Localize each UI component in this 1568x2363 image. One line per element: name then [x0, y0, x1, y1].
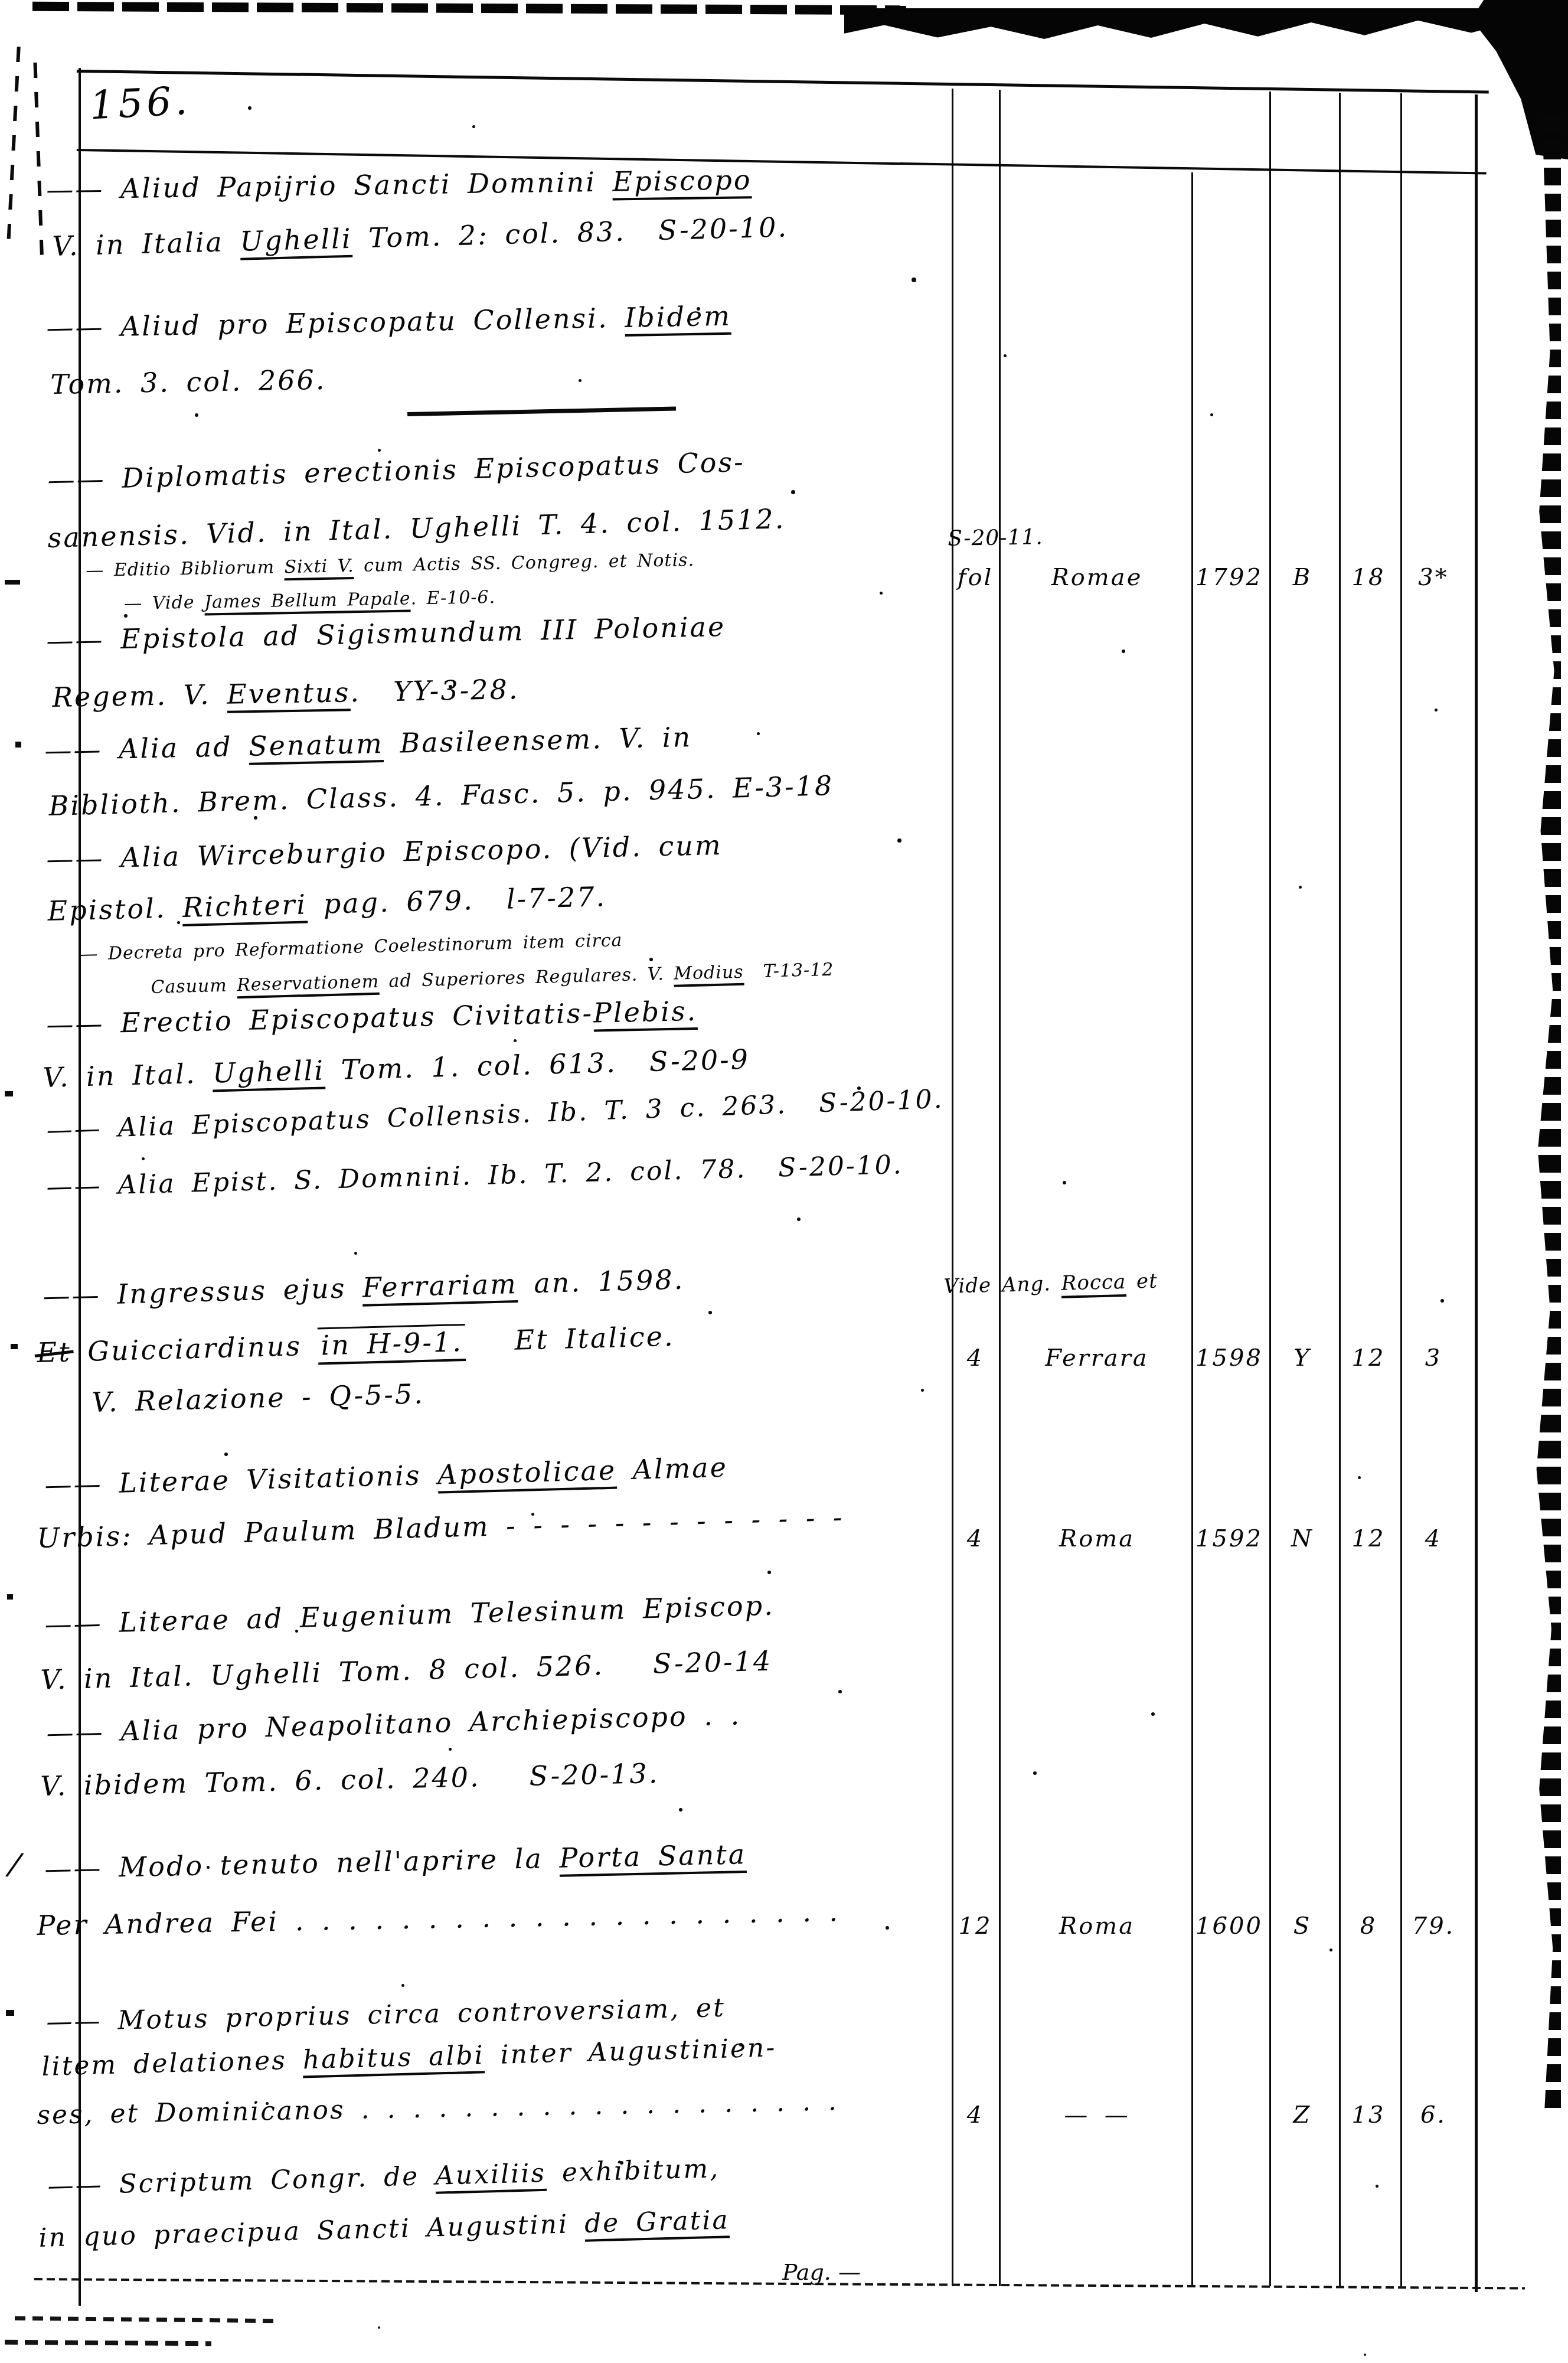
- scan-speck: [248, 106, 251, 110]
- scan-speck: [1435, 709, 1438, 711]
- scan-streak: [5, 2340, 211, 2346]
- binding-mark: [6, 2010, 14, 2016]
- table-column-rule: [1339, 93, 1341, 2286]
- entry-line: —— Alia ad Senatum Basileensem. V. in: [44, 722, 692, 766]
- entry-line: —— Alia Epist. S. Domnini. Ib. T. 2. col…: [46, 1150, 903, 1202]
- scan-streak: [15, 2316, 275, 2323]
- entry-line: —— Modo tenuto nell'aprire la Porta Sant…: [44, 1839, 747, 1884]
- table-column-rule: [1269, 92, 1271, 2286]
- scan-speck: [142, 1157, 145, 1160]
- col-format-value: 4: [967, 1345, 984, 1372]
- entry-line: — Decreta pro Reformatione Coelestinorum…: [80, 931, 623, 965]
- page-edge-shadow: [1534, 112, 1561, 2108]
- table-column-rule: [1400, 93, 1402, 2286]
- entry-line: —— Motus proprius circa controversiam, e…: [46, 1993, 726, 2036]
- scan-speck: [886, 1926, 889, 1930]
- binding-mark: [5, 1091, 13, 1096]
- entry-line: Per Andrea Fei . . . . . . . . . . . . .…: [37, 1897, 839, 1941]
- entry-line: ses, et Dominicanos . . . . . . . . . . …: [37, 2087, 838, 2130]
- col-num1-value: 18: [1352, 564, 1386, 591]
- col-year-value: 1592: [1195, 1526, 1263, 1552]
- col-num2-value: 4: [1425, 1526, 1442, 1552]
- entry-trailing-rule: [407, 406, 676, 416]
- entry-line: V. Relazione - Q-5-5.: [92, 1379, 424, 1418]
- col-place-value: Ferrara: [1045, 1345, 1148, 1372]
- scan-speck: [1122, 650, 1125, 653]
- col-format-value: fol: [958, 564, 994, 591]
- table-bottom-rule: [34, 2278, 1525, 2289]
- entry-line: Et Guicciardinus in H-9-1. Et Italice.: [37, 1321, 675, 1369]
- entry-line: Tom. 3. col. 266.: [50, 365, 326, 400]
- scan-speck: [880, 592, 883, 595]
- scan-speck: [1358, 1476, 1361, 1479]
- scan-speck: [579, 379, 582, 382]
- scan-speck: [514, 1039, 517, 1042]
- scan-speck: [124, 614, 128, 618]
- entry-line: Biblioth. Brem. Class. 4. Fasc. 5. p. 94…: [48, 771, 834, 821]
- scan-speck: [354, 1252, 357, 1255]
- binding-mark: [7, 1594, 13, 1600]
- scan-speck: [757, 732, 760, 735]
- scan-speck: [1210, 413, 1213, 416]
- table-column-rule: [999, 90, 1001, 2286]
- entry-line: —— Alia Episcopatus Collensis. Ib. T. 3 …: [46, 1085, 944, 1145]
- scan-speck: [912, 278, 916, 282]
- entry-line: V. in Italia Ughelli Tom. 2: col. 83. S-…: [52, 212, 789, 262]
- col-format-value: 4: [967, 2102, 984, 2129]
- col-year-value: 1792: [1195, 564, 1263, 591]
- entry-line: — Editio Bibliorum Sixti V. cum Actis SS…: [86, 550, 694, 581]
- col-num1-value: 8: [1360, 1913, 1377, 1940]
- table-column-rule: [952, 89, 953, 2286]
- scan-speck: [797, 1218, 801, 1221]
- col-letter-value: N: [1291, 1526, 1314, 1552]
- scan-speck: [708, 1311, 712, 1314]
- binding-mark: [5, 580, 20, 585]
- col-place-value: — —: [1064, 2102, 1130, 2129]
- scan-speck: [401, 1984, 404, 1987]
- scan-speck: [1299, 886, 1302, 889]
- scan-edge-artifact: [32, 2, 906, 15]
- scan-speck: [679, 1808, 682, 1812]
- table-column-rule: [1191, 172, 1193, 2286]
- col-letter-value: S: [1293, 1913, 1311, 1940]
- scan-speck: [1329, 1949, 1332, 1951]
- scan-speck: [378, 449, 381, 452]
- entry-line: —— Erectio Episcopatus Civitatis-Plebis.: [46, 996, 698, 1040]
- binding-mark: [11, 1344, 18, 1349]
- scan-speck: [791, 490, 795, 494]
- entry-line: V. in Ital. Ughelli Tom. 1. col. 613. S-…: [43, 1045, 750, 1094]
- binding-mark: [7, 32, 21, 239]
- scan-speck: [767, 1571, 771, 1574]
- entry-line: Epistol. Richteri pag. 679. l-7-27.: [47, 882, 607, 926]
- scan-speck: [1033, 1771, 1037, 1775]
- scan-speck: [224, 1453, 228, 1456]
- entry-line: — Vide James Bellum Papale. E-10-6.: [124, 588, 495, 614]
- col-format-value: 4: [967, 1526, 984, 1552]
- scan-speck: [838, 1690, 842, 1693]
- col-year-value: 1600: [1195, 1913, 1263, 1940]
- col-num2-value: 3: [1425, 1345, 1442, 1372]
- page-number: 156.: [89, 78, 192, 129]
- col-place-value: Romae: [1051, 564, 1143, 591]
- table-horizontal-rule: [77, 70, 1489, 93]
- scan-edge-artifact: [844, 8, 1511, 39]
- margin-mark: /: [7, 1846, 22, 1883]
- manuscript-page: 156. Pag. — / —— Aliud Papijrio Sancti D…: [0, 0, 1568, 2363]
- entry-line: litem delationes habitus albi inter Augu…: [41, 2033, 777, 2081]
- entry-line: Urbis: Apud Paulum Bladum - - - - - - - …: [37, 1502, 844, 1553]
- scan-speck: [921, 1389, 924, 1392]
- entry-line: Casuum Reservationem ad Superiores Regul…: [151, 960, 834, 998]
- entry-line: V. in Ital. Ughelli Tom. 8 col. 526. S-2…: [40, 1646, 773, 1696]
- entry-sidenote: Vide Ang. Rocca et: [943, 1270, 1158, 1298]
- scan-speck: [449, 1748, 452, 1751]
- scan-speck: [1376, 2185, 1378, 2188]
- entry-line: —— Epistola ad Sigismundum III Poloniae: [46, 612, 726, 657]
- scan-speck: [1063, 1181, 1066, 1184]
- entry-line: —— Alia Wirceburgio Episcopo. (Vid. cum: [46, 830, 723, 874]
- col-place-value: Roma: [1059, 1526, 1135, 1552]
- entry-line: —— Scriptum Congr. de Auxiliis exhibitum…: [47, 2154, 720, 2201]
- entry-line: in quo praecipua Sancti Augustini de Gra…: [38, 2205, 730, 2253]
- entry-line: Regem. V. Eventus. YY-3-28.: [52, 674, 520, 713]
- col-letter-value: B: [1293, 564, 1312, 591]
- binding-mark: [15, 742, 21, 748]
- col-num2-value: 79.: [1412, 1913, 1455, 1940]
- scan-speck: [1364, 2354, 1366, 2356]
- col-letter-value: Y: [1293, 1345, 1311, 1372]
- scan-speck: [1151, 1712, 1155, 1716]
- scan-speck: [254, 816, 257, 820]
- col-num1-value: 12: [1352, 1526, 1386, 1552]
- scan-speck: [897, 838, 901, 843]
- entry-line: —— Aliud Papijrio Sancti Domnini Episcop…: [46, 165, 752, 205]
- entry-line: —— Literae ad Eugenium Telesinum Episcop…: [44, 1591, 775, 1640]
- col-place-value: Roma: [1059, 1913, 1135, 1940]
- binding-mark: [33, 54, 44, 255]
- scan-speck: [1004, 354, 1007, 357]
- scan-speck: [472, 125, 475, 128]
- catchword: Pag. —: [782, 2259, 861, 2285]
- scan-speck: [1440, 1299, 1444, 1303]
- col-num2-value: 3*: [1418, 564, 1448, 591]
- entry-line: —— Alia pro Neapolitano Archiepiscopo . …: [46, 1700, 741, 1748]
- scan-speck: [378, 2326, 380, 2329]
- col-format-value: 12: [959, 1913, 992, 1940]
- col-num1-value: 12: [1352, 1345, 1386, 1372]
- col-num1-value: 13: [1352, 2102, 1386, 2129]
- entry-line: sanensis. Vid. in Ital. Ughelli T. 4. co…: [47, 504, 786, 553]
- entry-line: —— Aliud pro Episcopatu Collensi. Ibidem: [46, 301, 731, 344]
- scan-speck: [649, 958, 653, 961]
- entry-line: —— Diplomatis erectionis Episcopatus Cos…: [47, 447, 745, 495]
- entry-line: —— Ingressus ejus Ferrariam an. 1598.: [43, 1265, 685, 1312]
- scan-speck: [195, 413, 198, 417]
- col-num2-value: 6.: [1420, 2102, 1446, 2129]
- table-column-rule: [1475, 94, 1478, 2292]
- entry-line: V. ibidem Tom. 6. col. 240. S-20-13.: [40, 1758, 659, 1801]
- entry-line: —— Literae Visitationis Apostolicae Alma…: [44, 1453, 728, 1501]
- col-year-value: 1598: [1195, 1345, 1263, 1372]
- col-letter-value: Z: [1293, 2102, 1312, 2129]
- entry-sidenote: S-20-11.: [948, 526, 1043, 551]
